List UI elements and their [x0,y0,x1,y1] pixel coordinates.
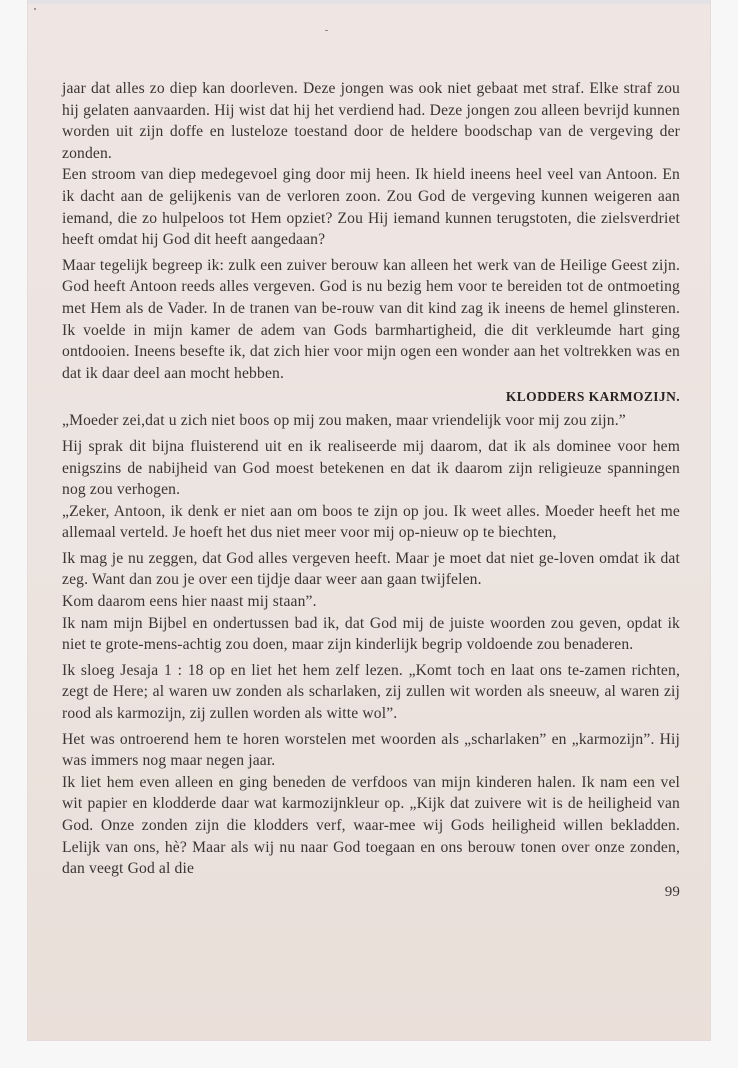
paragraph: „Moeder zei,dat u zich niet boos op mij … [62,410,680,432]
paragraph: Het was ontroerend hem te horen worstele… [62,729,680,772]
section-heading: KLODDERS KARMOZIJN. [62,386,680,408]
paragraph: Ik nam mijn Bijbel en ondertussen bad ik… [62,613,680,656]
paragraph: „Zeker, Antoon, ik denk er niet aan om b… [62,501,680,544]
paper-speck [325,30,328,31]
paper-speck [34,8,36,10]
page-text: jaar dat alles zo diep kan doorleven. De… [62,78,680,902]
paragraph: jaar dat alles zo diep kan doorleven. De… [62,78,680,164]
paragraph: Ik mag je nu zeggen, dat God alles verge… [62,548,680,591]
paragraph: Maar tegelijk begreep ik: zulk een zuive… [62,255,680,385]
paragraph: Ik liet hem even alleen en ging beneden … [62,772,680,880]
paragraph: Kom daarom eens hier naast mij staan”. [62,591,680,613]
paragraph: Hij sprak dit bijna fluisterend uit en i… [62,436,680,501]
page-number: 99 [62,882,680,902]
paragraph: Ik sloeg Jesaja 1 : 18 op en liet het he… [62,660,680,725]
page-top-edge [28,0,710,4]
paragraph: Een stroom van diep medegevoel ging door… [62,164,680,250]
